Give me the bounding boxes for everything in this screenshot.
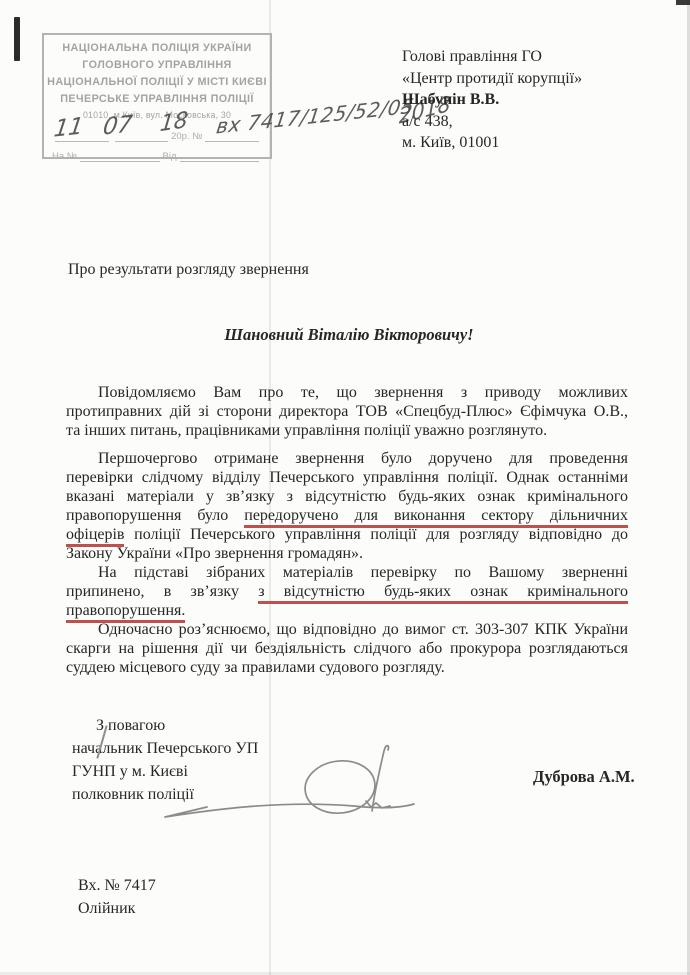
body-line: суддею місцевого суду за правилами судов… bbox=[66, 658, 628, 677]
scanned-letter-page: НАЦІОНАЛЬНА ПОЛІЦІЯ УКРАЇНИГОЛОВНОГО УПР… bbox=[0, 0, 690, 975]
text-segment: поліції Печерського управління поліції д… bbox=[124, 526, 628, 543]
addressee-block: Голові правління ГО«Центр протидії коруп… bbox=[402, 46, 582, 154]
stamp-line: НАЦІОНАЛЬНОЇ ПОЛІЦІЇ У МІСТІ КИЄВІ bbox=[44, 74, 270, 91]
stamp-header-lines: НАЦІОНАЛЬНА ПОЛІЦІЯ УКРАЇНИГОЛОВНОГО УПР… bbox=[44, 40, 270, 122]
handwritten-signature bbox=[150, 738, 460, 843]
signature-line: З повагою bbox=[72, 714, 258, 737]
signer-name: Дуброва А.М. bbox=[533, 767, 635, 787]
subject-line: Про результати розгляду звернення bbox=[68, 261, 309, 279]
stamp-line: ПЕЧЕРСЬКЕ УПРАВЛІННЯ ПОЛІЦІЇ bbox=[44, 91, 270, 108]
paragraph-4: Одночасно роз’яснюємо, що відповідно до … bbox=[66, 620, 628, 677]
stamp-blank bbox=[180, 150, 260, 162]
stamp-ref-label-1: На № bbox=[52, 151, 77, 162]
paragraph-2: Першочергово отримане звернення було дор… bbox=[66, 449, 628, 563]
stamp-line: ГОЛОВНОГО УПРАВЛІННЯ bbox=[44, 57, 270, 74]
body-line: припинено, в зв’язку з відсутністю будь-… bbox=[66, 582, 628, 601]
addressee-name: Шабунін В.В. bbox=[402, 89, 582, 111]
text-segment: Повідомляємо Вам про те, що звернення з … bbox=[98, 384, 628, 401]
addressee-line: а/с 438, bbox=[402, 111, 582, 133]
text-segment: На підставі зібраних матеріалів перевірк… bbox=[98, 564, 628, 581]
text-segment: припинено, в зв’язку bbox=[66, 583, 258, 600]
scan-corner-artifact bbox=[676, 0, 690, 5]
body-line: Закону України «Про звернення громадян». bbox=[66, 544, 628, 563]
body-line: правопорушення було передоручено для вик… bbox=[66, 506, 628, 525]
body-line: вказані матеріали у зв’язку з відсутніст… bbox=[66, 487, 628, 506]
body-line: перевірки слідчому відділу Печерського у… bbox=[66, 468, 628, 487]
footer-line: Вх. № 7417 bbox=[78, 874, 156, 897]
text-segment: Першочергово отримане звернення було дор… bbox=[98, 450, 628, 467]
body-line: офіцерів поліції Печерського управління … bbox=[66, 525, 628, 544]
handwritten-year: 18 bbox=[159, 108, 189, 138]
body-line: Повідомляємо Вам про те, що звернення з … bbox=[66, 383, 628, 402]
stamp-ref-label-2: Від bbox=[163, 151, 177, 162]
stamp-blank bbox=[80, 150, 160, 162]
handwritten-day: 11 bbox=[52, 113, 85, 143]
body-line: На підставі зібраних матеріалів перевірк… bbox=[66, 563, 628, 582]
text-segment: Закону України «Про звернення громадян». bbox=[66, 545, 363, 562]
greeting-line: Шановний Віталію Вікторовичу! bbox=[68, 325, 630, 345]
text-segment: Одночасно роз’яснюємо, що відповідно до … bbox=[98, 621, 628, 638]
stamp-line: НАЦІОНАЛЬНА ПОЛІЦІЯ УКРАЇНИ bbox=[44, 40, 270, 57]
body-line: протиправних дій зі сторони директора ТО… bbox=[66, 402, 628, 421]
body-line: та інших питань, працівниками управління… bbox=[66, 421, 628, 440]
paragraph-1: Повідомляємо Вам про те, що звернення з … bbox=[66, 383, 628, 440]
footer-line: Олійник bbox=[78, 897, 156, 920]
addressee-line: м. Київ, 01001 bbox=[402, 132, 582, 154]
paragraph-3: На підставі зібраних матеріалів перевірк… bbox=[66, 563, 628, 620]
addressee-line: Голові правління ГО bbox=[402, 46, 582, 68]
addressee-line: «Центр протидії корупції» bbox=[402, 68, 582, 90]
text-segment: правопорушення було bbox=[66, 507, 244, 524]
text-segment: перевірки слідчому відділу Печерського у… bbox=[66, 469, 628, 486]
text-segment: суддею місцевого суду за правилами судов… bbox=[66, 659, 445, 676]
text-segment: скарги на рішення дії чи бездіяльність с… bbox=[66, 640, 628, 657]
handwritten-month: 07 bbox=[101, 111, 134, 141]
scan-artifact-bar bbox=[14, 17, 20, 61]
body-line: Одночасно роз’яснюємо, що відповідно до … bbox=[66, 620, 628, 639]
stamp-ref-row: На № Від bbox=[44, 142, 270, 162]
footer-notes: Вх. № 7417Олійник bbox=[78, 874, 156, 920]
text-segment: та інших питань, працівниками управління… bbox=[66, 422, 547, 439]
body-line: Першочергово отримане звернення було дор… bbox=[66, 449, 628, 468]
text-segment: протиправних дій зі сторони директора ТО… bbox=[66, 403, 628, 420]
body-line: скарги на рішення дії чи бездіяльність с… bbox=[66, 639, 628, 658]
red-underlined-text: з відсутністю будь-яких ознак кримінальн… bbox=[258, 583, 628, 604]
text-segment: вказані матеріали у зв’язку з відсутніст… bbox=[66, 488, 628, 505]
